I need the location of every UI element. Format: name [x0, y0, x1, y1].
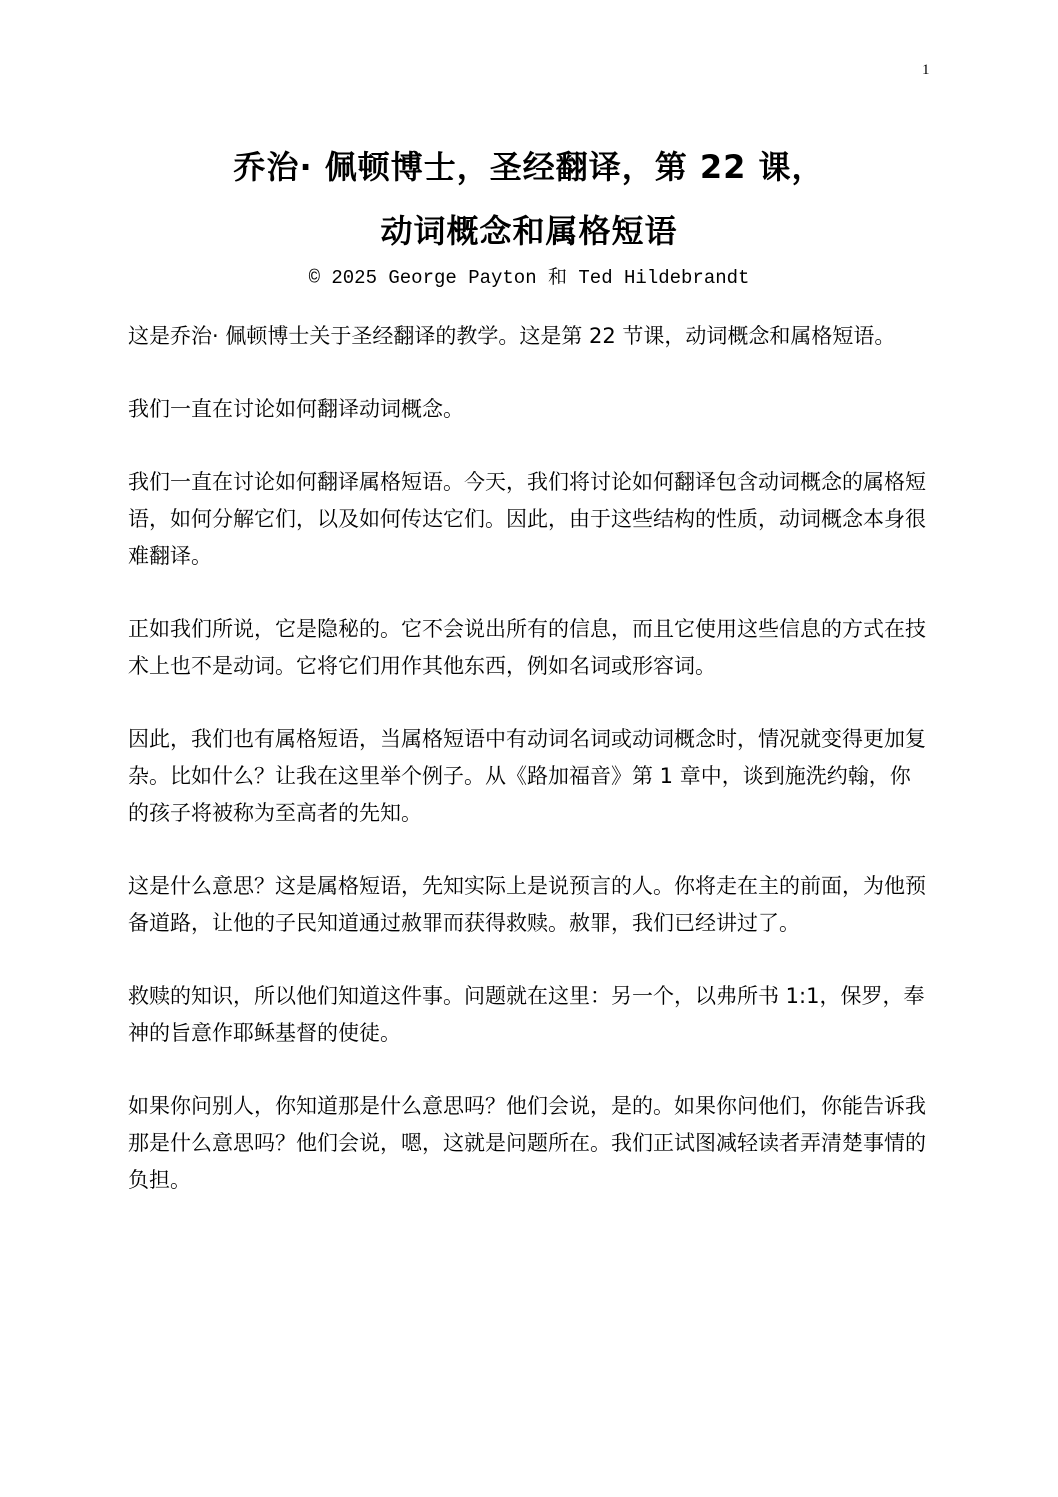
paragraph: 我们一直在讨论如何翻译动词概念。 — [128, 391, 928, 428]
paragraph: 如果你问别人，你知道那是什么意思吗？他们会说，是的。如果你问他们，你能告诉我那是… — [128, 1088, 928, 1199]
copyright-line: © 2025 George Payton 和 Ted Hildebrandt — [0, 262, 1058, 289]
document-body: 这是乔治· 佩顿博士关于圣经翻译的教学。这是第 22 节课，动词概念和属格短语。… — [128, 318, 928, 1235]
paragraph: 这是乔治· 佩顿博士关于圣经翻译的教学。这是第 22 节课，动词概念和属格短语。 — [128, 318, 928, 355]
page-number: 1 — [922, 62, 930, 79]
paragraph: 我们一直在讨论如何翻译属格短语。今天，我们将讨论如何翻译包含动词概念的属格短语，… — [128, 464, 928, 575]
document-title-line-1: 乔治· 佩顿博士，圣经翻译，第 22 课， — [0, 142, 1058, 188]
paragraph: 这是什么意思？这是属格短语，先知实际上是说预言的人。你将走在主的前面，为他预备道… — [128, 868, 928, 942]
document-title-line-2: 动词概念和属格短语 — [0, 206, 1058, 252]
paragraph: 因此，我们也有属格短语，当属格短语中有动词名词或动词概念时，情况就变得更加复杂。… — [128, 721, 928, 832]
paragraph: 正如我们所说，它是隐秘的。它不会说出所有的信息，而且它使用这些信息的方式在技术上… — [128, 611, 928, 685]
paragraph: 救赎的知识，所以他们知道这件事。问题就在这里：另一个，以弗所书 1:1，保罗，奉… — [128, 978, 928, 1052]
